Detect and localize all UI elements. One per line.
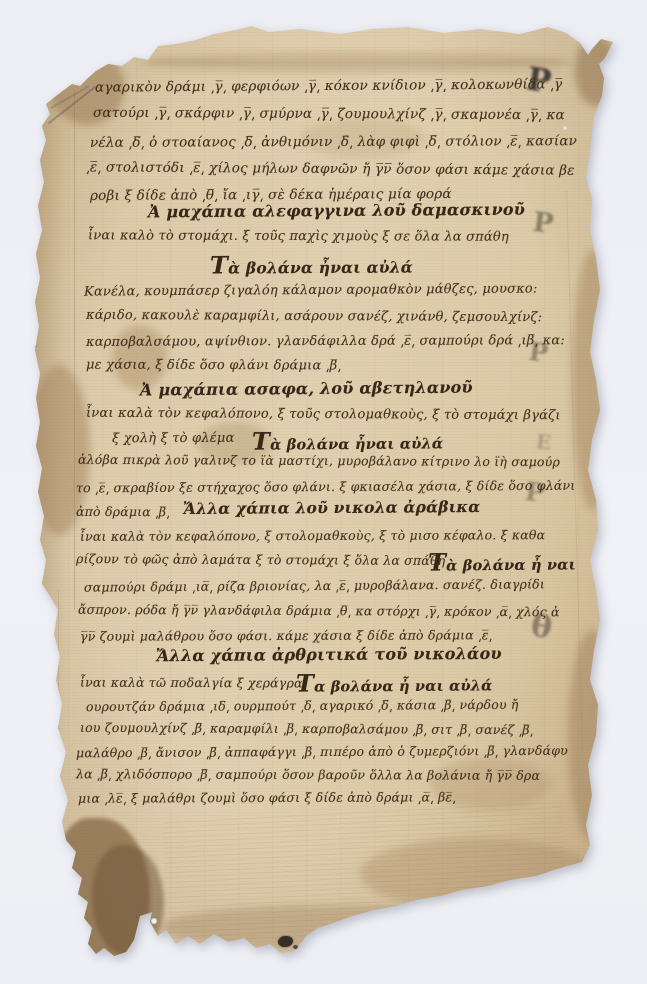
manuscript-line: Κανέλα, κουμπάσερ ζιγαλόη κάλαμον αρομαθ…: [84, 281, 538, 299]
section-heading: Τα βολάνα ἦ ναι αὐλά: [296, 667, 493, 697]
stain: [92, 845, 164, 957]
section-heading: Τὰ βολάνα ἦ ναι: [428, 546, 576, 576]
manuscript-line: ἶναι καλὰ τὸν κεφαλόπονο, ξ στολομαθκοὺς…: [80, 527, 545, 544]
worm-hole: [563, 126, 567, 130]
manuscript-line: αγαρικὸν δράμι ͵γ̅͵ φερφιόων ͵γ̅͵ κόκον …: [95, 76, 562, 95]
verso-bleed-grain: [162, 798, 568, 944]
manuscript-line: με χάσια, ξ δίδε ὅσο φλάνι δράμια ͵β̅͵: [86, 358, 341, 374]
bleedthrough-mark: Ρ: [531, 209, 554, 238]
section-heading: Ἄλλα χάπια λοῦ νικολα ἀράβικα: [183, 497, 480, 518]
manuscript-line: ἀλόβα πικρὰ λοῦ γαλινζ το ϊὰ μαστίχι, μυ…: [78, 452, 560, 470]
left-lower-crease-line: [58, 590, 59, 890]
manuscript-line: σατούρι ͵γ̅͵ σκάρφιν ͵γ̅͵ σμύρνα ͵γ̅͵ ζο…: [93, 105, 565, 123]
scanned-manuscript-photo: 46 ν ʃ Ρ Ρ Ρ Ε Ρ θ + o αγαρικὸν δράμι ͵γ…: [0, 0, 647, 984]
manuscript-line: ιου ζουμουλχίνζ ͵β̅͵ καραμφίλι ͵β̅͵ καρπ…: [80, 720, 533, 737]
left-crease-line: [74, 90, 75, 610]
manuscript-line: λα ͵β̅͵ χλιδόσπορο ͵β̅͵ σαμπούρι ὅσον βα…: [76, 766, 540, 783]
manuscript-line: μαλάθρο ͵β̅͵ ἄνισον ͵β̅͵ ἀππαφάγγι ͵β̅͵ …: [76, 743, 568, 761]
bleedthrough-mark: Ε: [535, 431, 552, 452]
worm-hole: [110, 59, 115, 64]
manuscript-line: ουρουτζάν δράμια ͵ιδ̅͵ ουρμπούτ ͵δ̅͵ αγα…: [86, 697, 519, 714]
manuscript-line: καρποβαλσάμου, αψίνθιον. γλανδάφιλλα δρά…: [86, 333, 565, 350]
section-heading: Τὰ βολάνα ἦναι αὐλά: [252, 425, 443, 455]
stain: [572, 250, 614, 510]
manuscript-line: ἀπὸ δράμια ͵β̅͵: [76, 504, 170, 519]
manuscript-line: ἶναι καλὰ τῶ ποδαλγία ξ χεράγρα: [80, 675, 303, 691]
manuscript-line: ρίζουν τὸ φῶς ἀπὸ λαμάτα ξ τὸ στομάχι ξ …: [76, 551, 445, 568]
section-heading: Ἄλλα χάπια ἀρθριτικά τοῦ νικολάου: [156, 644, 502, 665]
manuscript-line: ἶναι καλὰ τὸν κεφαλόπονο, ξ τοῦς στολομα…: [86, 406, 561, 423]
manuscript-page: 46 ν ʃ Ρ Ρ Ρ Ε Ρ θ + o αγαρικὸν δράμι ͵γ…: [0, 0, 647, 984]
pencil-squiggle: ν: [91, 38, 100, 51]
violet-mark: ʃ: [29, 344, 35, 359]
manuscript-line: ἄσπρον. ρόδα ἤ γ̅ν̅ γλανδάφιλα δράμια ͵θ…: [78, 602, 560, 620]
stain: [140, 52, 570, 72]
manuscript-line: το ͵ε̅͵ σκραβίον ξε στήχαχος ὅσο φλάνι. …: [76, 478, 575, 496]
page-shadow: 46 ν ʃ Ρ Ρ Ρ Ε Ρ θ + o αγαρικὸν δράμι ͵γ…: [0, 0, 647, 984]
section-heading: Ἀ μαχάπια αλεφαγγινα λοῦ δαμασκινοῦ: [148, 200, 525, 222]
worm-hole: [151, 918, 157, 924]
manuscript-line: κάριδο, κακουλὲ καραμφίλι, ασάρουν σανέζ…: [86, 308, 542, 325]
plus-mark: +: [597, 702, 610, 720]
red-mark: o: [602, 681, 608, 691]
section-heading: Τὰ βολάνα ἦναι αὐλά: [210, 249, 413, 279]
manuscript-line: ξ χολὴ ξ τὸ φλέμα: [112, 431, 235, 447]
section-heading: Ἀ μαχάπια ασαφα, λοῦ αβετηλανοῦ: [140, 378, 473, 400]
manuscript-line: μια ͵λε̅͵ ξ μαλάθρι ζουμὶ ὅσο φάσι ξ δίδ…: [78, 789, 456, 805]
stain: [575, 36, 617, 106]
manuscript-line: γ̅ν̅ ζουμὶ μαλάθρου ὅσο φάσι. κάμε χάσια…: [80, 627, 492, 643]
manuscript-line: ͵ε̅͵ στολιστόδι ͵ε̅͵ χίλος μήλων δαφνῶν …: [86, 159, 575, 178]
stain: [568, 630, 616, 840]
ink-blot: [293, 945, 298, 949]
manuscript-line: ἶναι καλὸ τὸ στομάχι. ξ τοῦς παχὶς χιμοὺ…: [88, 228, 509, 244]
manuscript-line: νέλα ͵δ̅͵ ὁ στοαίανος ͵δ̅͵ ἀνθιμόνιν ͵δ̅…: [90, 133, 577, 151]
